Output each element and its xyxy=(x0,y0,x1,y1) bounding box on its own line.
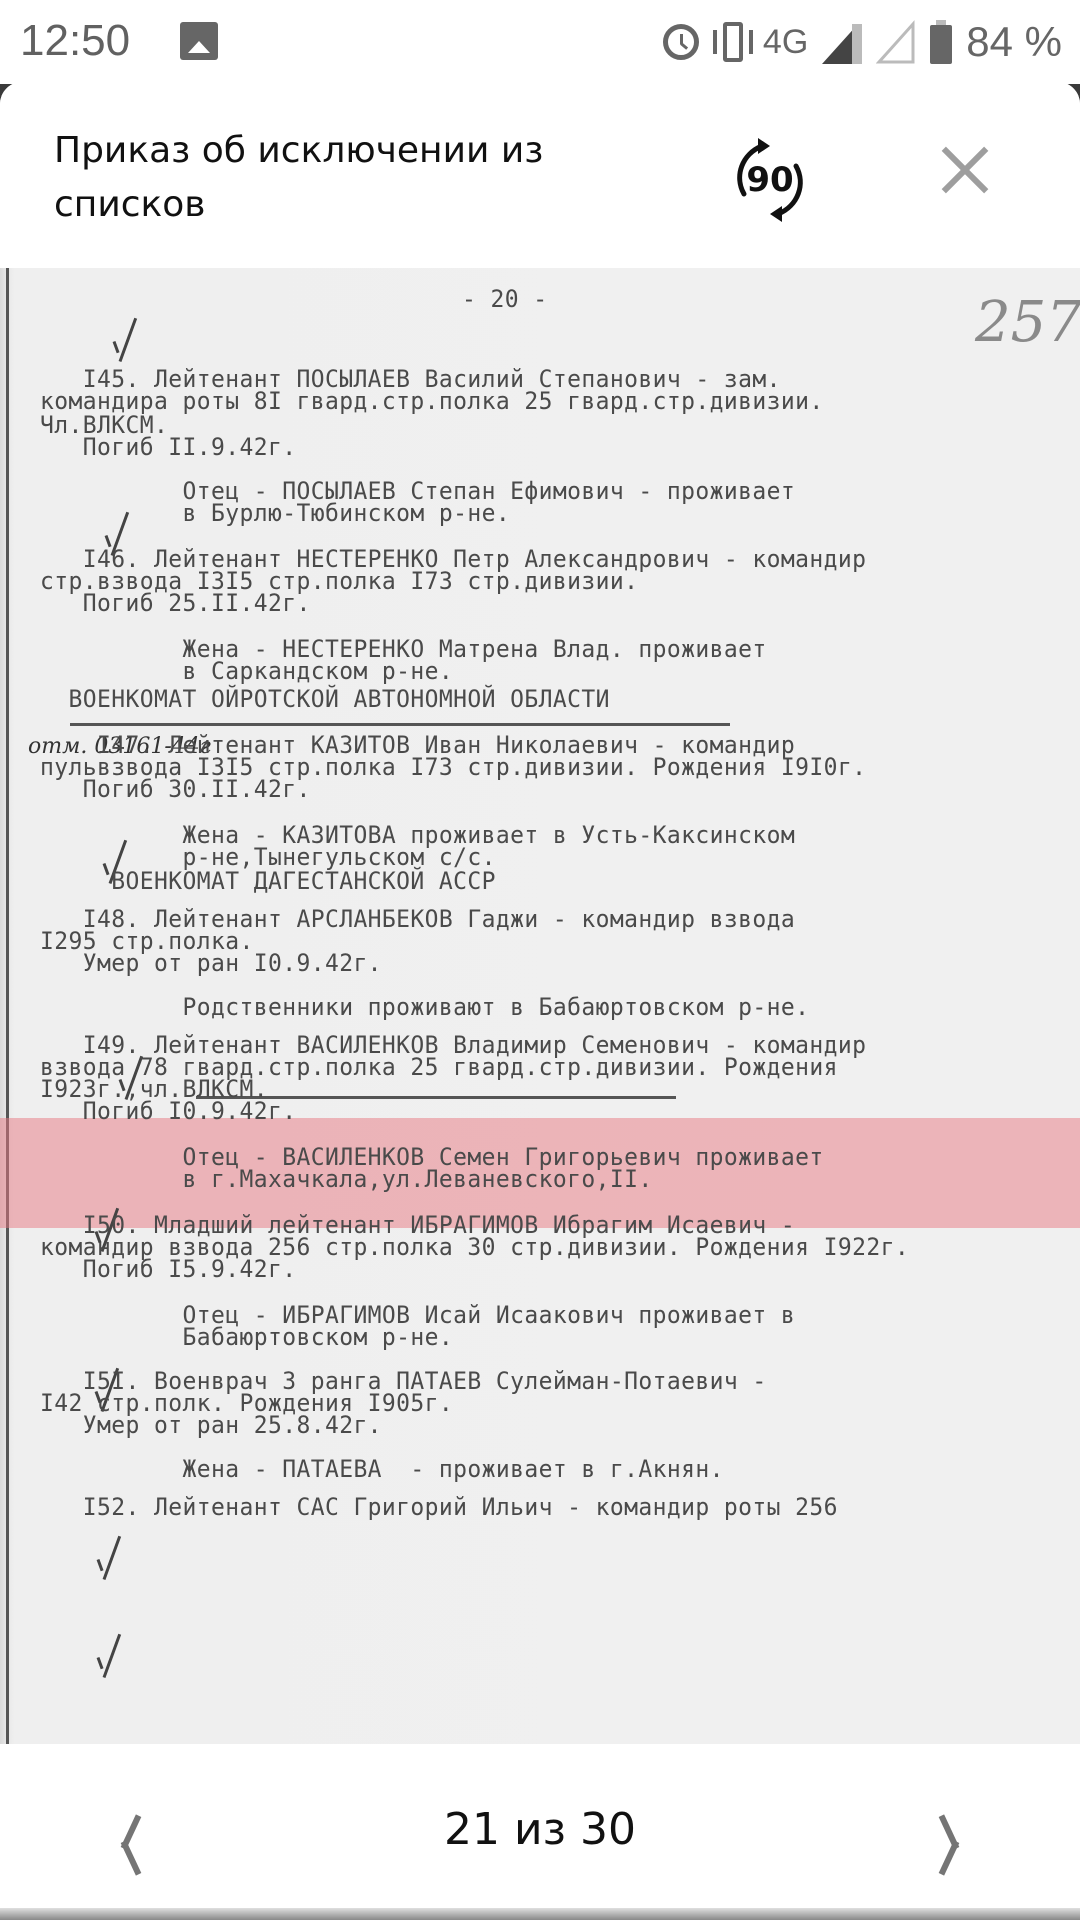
signal-empty-icon xyxy=(876,20,916,64)
handwritten-folio-number: 257 xyxy=(975,290,1080,355)
document-line: Родственники проживают в Бабаюртовском р… xyxy=(40,994,809,1021)
checkmark-icon xyxy=(112,316,142,362)
document-line: в г.Махачкала,ул.Леваневского,II. xyxy=(40,1166,653,1193)
document-line: Жена - ПАТАЕВА - проживает в г.Акнян. xyxy=(40,1456,724,1483)
dialog-header: Приказ об исключении из списков 90 xyxy=(0,82,1080,268)
document-line: в Саркандском р-не. xyxy=(40,658,453,685)
document-line: Бабаюртовском р-не. xyxy=(40,1324,453,1351)
rotate-degrees: 90 xyxy=(722,132,818,228)
checkmark-icon xyxy=(96,1632,126,1678)
document-line: Умер от ран I0.9.42г. xyxy=(40,950,382,977)
document-line: Погиб I0.9.42г. xyxy=(40,1098,296,1125)
page-indicator: 21 из 30 xyxy=(340,1804,740,1855)
screen-bottom-edge xyxy=(0,1908,1080,1920)
alarm-icon xyxy=(663,24,699,60)
battery-icon xyxy=(930,20,952,64)
document-line: ВОЕНКОМАТ ОЙРОТСКОЙ АВТОНОМНОЙ ОБЛАСТИ xyxy=(40,686,610,713)
document-line: Погиб II.9.42г. xyxy=(40,434,296,461)
document-page: - 20 - 257 отм. 03161-44г I45. Лейтенант… xyxy=(0,268,1080,1744)
document-line: I52. Лейтенант САС Григорий Ильич - кома… xyxy=(40,1494,838,1521)
dialog-title: Приказ об исключении из списков xyxy=(54,124,674,232)
network-type: 4G xyxy=(763,23,808,62)
page-number: - 20 - xyxy=(462,286,547,313)
status-system-icons: 4G 84 % xyxy=(663,14,1062,70)
checkmark-icon xyxy=(96,1534,126,1580)
document-line: Погиб I5.9.42г. xyxy=(40,1256,296,1283)
document-line: ВОЕНКОМАТ ДАГЕСТАНСКОЙ АССР xyxy=(40,868,496,895)
document-image-area[interactable]: - 20 - 257 отм. 03161-44г I45. Лейтенант… xyxy=(0,268,1080,1744)
signal-icon xyxy=(822,20,862,64)
battery-percent: 84 % xyxy=(966,18,1062,66)
status-time: 12:50 xyxy=(20,16,130,66)
section-underline xyxy=(70,723,730,726)
previous-page-button[interactable] xyxy=(112,1814,152,1874)
document-line: Погиб 25.II.42г. xyxy=(40,590,311,617)
next-page-button[interactable] xyxy=(930,1814,970,1874)
close-button[interactable] xyxy=(932,142,998,208)
image-notification-icon xyxy=(180,22,218,60)
status-bar: 12:50 4G 84 % xyxy=(0,0,1080,84)
document-line: Умер от ран 25.8.42г. xyxy=(40,1412,382,1439)
rotate-button[interactable]: 90 xyxy=(722,132,818,228)
page-navigation: 21 из 30 xyxy=(0,1744,1080,1920)
document-viewer-dialog: Приказ об исключении из списков 90 - 20 … xyxy=(0,82,1080,1920)
vibrate-icon xyxy=(713,20,753,64)
document-line: Погиб 30.II.42г. xyxy=(40,776,311,803)
document-line: в Бурлю-Тюбинском р-не. xyxy=(40,500,510,527)
